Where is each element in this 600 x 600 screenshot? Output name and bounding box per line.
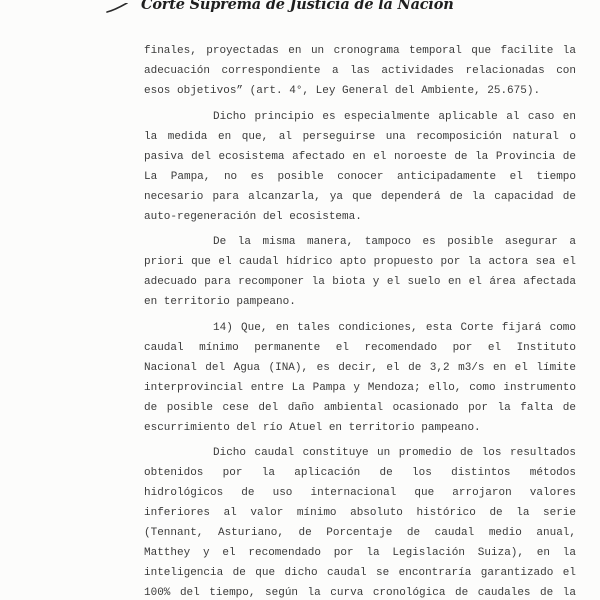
document-page: Corte Suprema de Justicia de la Nación f… [0,0,600,600]
text-line: 100% del tiempo, según la curva cronológ… [144,583,576,600]
text-line: escurrimiento del río Atuel en territori… [144,418,576,438]
text-line: 14) Que, en tales condiciones, esta Cort… [144,318,576,338]
text-line: priori que el caudal hídrico apto propue… [144,252,576,272]
document-body: finales, proyectadas en un cronograma te… [144,41,576,600]
court-name-heading: Corte Suprema de Justicia de la Nación [141,0,454,13]
text-line: interprovincial entre La Pampa y Mendoza… [144,378,576,398]
text-line: (Tennant, Asturiano, de Porcentaje de ca… [144,523,576,543]
text-line: Dicho principio es especialmente aplicab… [144,107,576,127]
text-line: adecuado para recomponer la biota y el s… [144,272,576,292]
text-line: La Pampa, no es posible conocer anticipa… [144,167,576,187]
paragraph: Dicho principio es especialmente aplicab… [144,107,576,227]
paragraph: Dicho caudal constituye un promedio de l… [144,443,576,600]
text-line: Nacional del Agua (INA), es decir, el de… [144,358,576,378]
paragraph: finales, proyectadas en un cronograma te… [144,41,576,101]
paragraph: 14) Que, en tales condiciones, esta Cort… [144,318,576,438]
text-line: Matthey y el recomendado por la Legislac… [144,543,576,563]
text-line: esos objetivos” (art. 4°, Ley General de… [144,81,576,101]
text-line: la medida en que, al perseguirse una rec… [144,127,576,147]
text-line: adecuación correspondiente a las activid… [144,61,576,81]
text-line: De la misma manera, tampoco es posible a… [144,232,576,252]
text-line: hidrológicos de uso internacional que ar… [144,483,576,503]
text-line: de posible cese del daño ambiental ocasi… [144,398,576,418]
paragraph: De la misma manera, tampoco es posible a… [144,232,576,312]
text-line: caudal mínimo permanente el recomendado … [144,338,576,358]
text-line: finales, proyectadas en un cronograma te… [144,41,576,61]
text-line: en territorio pampeano. [144,292,576,312]
text-line: pasiva del ecosistema afectado en el nor… [144,147,576,167]
text-line: inteligencia de que dicho caudal se enco… [144,563,576,583]
header-flourish-icon [106,0,128,10]
text-line: Dicho caudal constituye un promedio de l… [144,443,576,463]
text-line: inferiores al valor mínimo absoluto hist… [144,503,576,523]
text-line: necesario para alcanzarla, ya que depend… [144,187,576,207]
text-line: auto-regeneración del ecosistema. [144,207,576,227]
text-line: obtenidos por la aplicación de los disti… [144,463,576,483]
